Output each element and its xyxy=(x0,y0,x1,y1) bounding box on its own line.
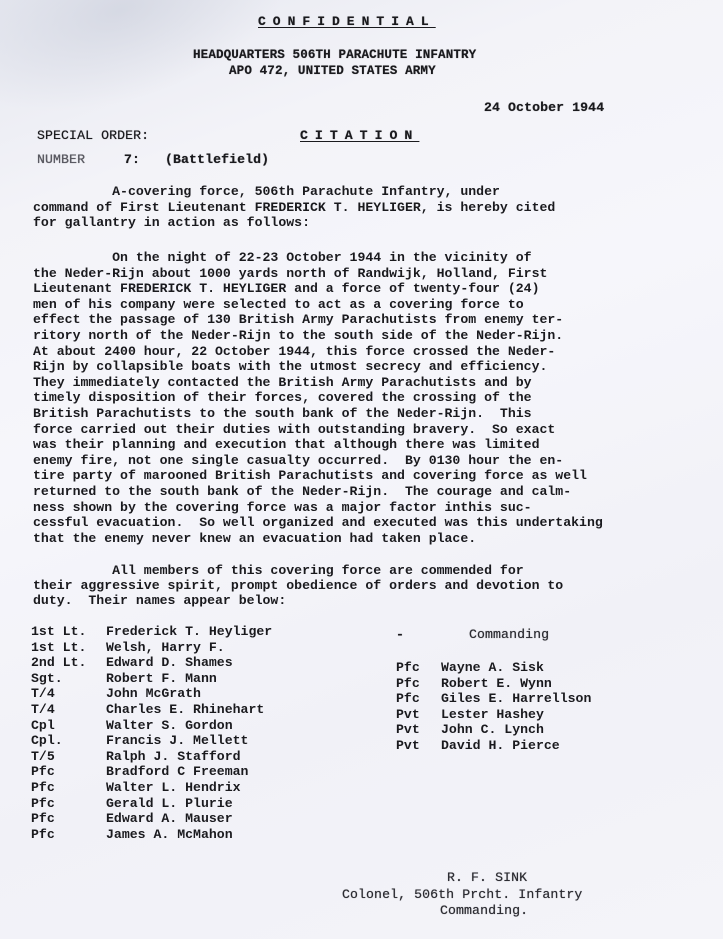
text-line: Rijn by collapsible boats with the utmos… xyxy=(33,359,713,375)
text-line: timely disposition of their forces, cove… xyxy=(33,390,713,406)
text-line: British Parachutists to the south bank o… xyxy=(33,406,713,422)
roster-rank: 1st Lt. xyxy=(31,624,86,639)
document-date: 24 October 1944 xyxy=(484,100,604,116)
text-line: force carried out their duties with outs… xyxy=(33,422,713,438)
text-line: tire party of marooned British Parachuti… xyxy=(33,468,713,484)
intro-paragraph: A-covering force, 506th Parachute Infant… xyxy=(33,184,713,231)
roster-right: PfcWayne A. SiskPfcRobert E. WynnPfcGile… xyxy=(396,660,716,770)
narrative-paragraph: On the night of 22-23 October 1944 in th… xyxy=(33,250,713,546)
roster-rank: Pfc xyxy=(31,811,55,826)
text-line: A-covering force, 506th Parachute Infant… xyxy=(33,184,713,200)
roster-name: Wayne A. Sisk xyxy=(441,660,544,675)
text-line: ritory north of the Neder-Rijn to the so… xyxy=(33,328,713,344)
roster-rank: Pfc xyxy=(31,764,55,779)
commendation-paragraph: All members of this covering force are c… xyxy=(33,563,713,609)
classification-mark: CONFIDENTIAL xyxy=(258,14,436,30)
roster-name: Edward A. Mauser xyxy=(106,811,233,826)
commanding-label: Commanding xyxy=(469,627,549,643)
roster-name: Bradford C Freeman xyxy=(106,764,248,779)
roster-name: Charles E. Rhinehart xyxy=(106,702,264,717)
text-line: that the enemy never knew an evacuation … xyxy=(33,531,713,547)
text-line: effect the passage of 130 British Army P… xyxy=(33,312,713,328)
text-line: ness shown by the covering force was a m… xyxy=(33,500,713,516)
text-line: They immediately contacted the British A… xyxy=(33,375,713,391)
roster-rank: T/4 xyxy=(31,686,55,701)
roster-name: Ralph J. Stafford xyxy=(106,749,241,764)
text-line: Lieutenant FREDERICK T. HEYLIGER and a f… xyxy=(33,281,713,297)
text-line: was their planning and execution that al… xyxy=(33,437,713,453)
text-line: enemy fire, not one single casualty occu… xyxy=(33,453,713,469)
roster-rank: Pfc xyxy=(31,796,55,811)
roster-name: John McGrath xyxy=(106,686,201,701)
roster-rank: Pvt xyxy=(396,738,420,753)
roster-name: Robert F. Mann xyxy=(106,671,217,686)
roster-name: Lester Hashey xyxy=(441,707,544,722)
number-label: NUMBER xyxy=(37,152,85,168)
text-line: All members of this covering force are c… xyxy=(33,563,713,578)
roster-rank: T/4 xyxy=(31,702,55,717)
signature-name: R. F. SINK xyxy=(447,870,527,886)
roster-name: Giles E. Harrellson xyxy=(441,691,591,706)
text-line: cessful evacuation. So well organized an… xyxy=(33,515,713,531)
roster-rank: Pfc xyxy=(396,660,420,675)
roster-name: Welsh, Harry F. xyxy=(106,640,225,655)
roster-name: James A. McMahon xyxy=(106,827,233,842)
roster-rank: Cpl. xyxy=(31,733,63,748)
roster-rank: 2nd Lt. xyxy=(31,655,86,670)
roster-rank: Cpl xyxy=(31,718,55,733)
roster-rank: T/5 xyxy=(31,749,55,764)
order-number: 7: xyxy=(124,152,140,168)
citation-title: CITATION xyxy=(300,128,419,144)
roster-name: Walter S. Gordon xyxy=(106,718,233,733)
roster-rank: Pfc xyxy=(31,827,55,842)
special-order-label: SPECIAL ORDER: xyxy=(37,128,149,144)
text-line: duty. Their names appear below: xyxy=(33,593,713,608)
signature-role: Commanding. xyxy=(440,903,528,919)
roster-rank: Pvt xyxy=(396,722,420,737)
text-line: for gallantry in action as follows: xyxy=(33,215,713,231)
signature-title: Colonel, 506th Prcht. Infantry xyxy=(342,887,582,903)
roster-rank: Pfc xyxy=(31,780,55,795)
roster-rank: 1st Lt. xyxy=(31,640,86,655)
roster-name: Walter L. Hendrix xyxy=(106,780,241,795)
roster-left: 1st Lt.Frederick T. Heyliger1st Lt.Welsh… xyxy=(31,624,351,844)
roster-name: John C. Lynch xyxy=(441,722,544,737)
text-line: their aggressive spirit, prompt obedienc… xyxy=(33,578,713,593)
roster-name: Francis J. Mellett xyxy=(106,733,248,748)
commanding-dash: - xyxy=(396,627,404,643)
text-line: command of First Lieutenant FREDERICK T.… xyxy=(33,200,713,216)
text-line: the Neder-Rijn about 1000 yards north of… xyxy=(33,266,713,282)
roster-name: Robert E. Wynn xyxy=(441,676,552,691)
roster-name: Frederick T. Heyliger xyxy=(106,624,272,639)
roster-rank: Pfc xyxy=(396,676,420,691)
order-type: (Battlefield) xyxy=(165,152,269,168)
roster-rank: Sgt. xyxy=(31,671,63,686)
roster-name: Edward D. Shames xyxy=(106,655,233,670)
roster-rank: Pvt xyxy=(396,707,420,722)
text-line: On the night of 22-23 October 1944 in th… xyxy=(33,250,713,266)
roster-rank: Pfc xyxy=(396,691,420,706)
text-line: men of his company were selected to act … xyxy=(33,297,713,313)
text-line: At about 2400 hour, 22 October 1944, thi… xyxy=(33,344,713,360)
roster-name: David H. Pierce xyxy=(441,738,560,753)
text-line: returned to the south bank of the Neder-… xyxy=(33,484,713,500)
address-heading: APO 472, UNITED STATES ARMY xyxy=(229,64,436,80)
roster-name: Gerald L. Plurie xyxy=(106,796,233,811)
unit-heading: HEADQUARTERS 506TH PARACHUTE INFANTRY xyxy=(193,48,476,64)
